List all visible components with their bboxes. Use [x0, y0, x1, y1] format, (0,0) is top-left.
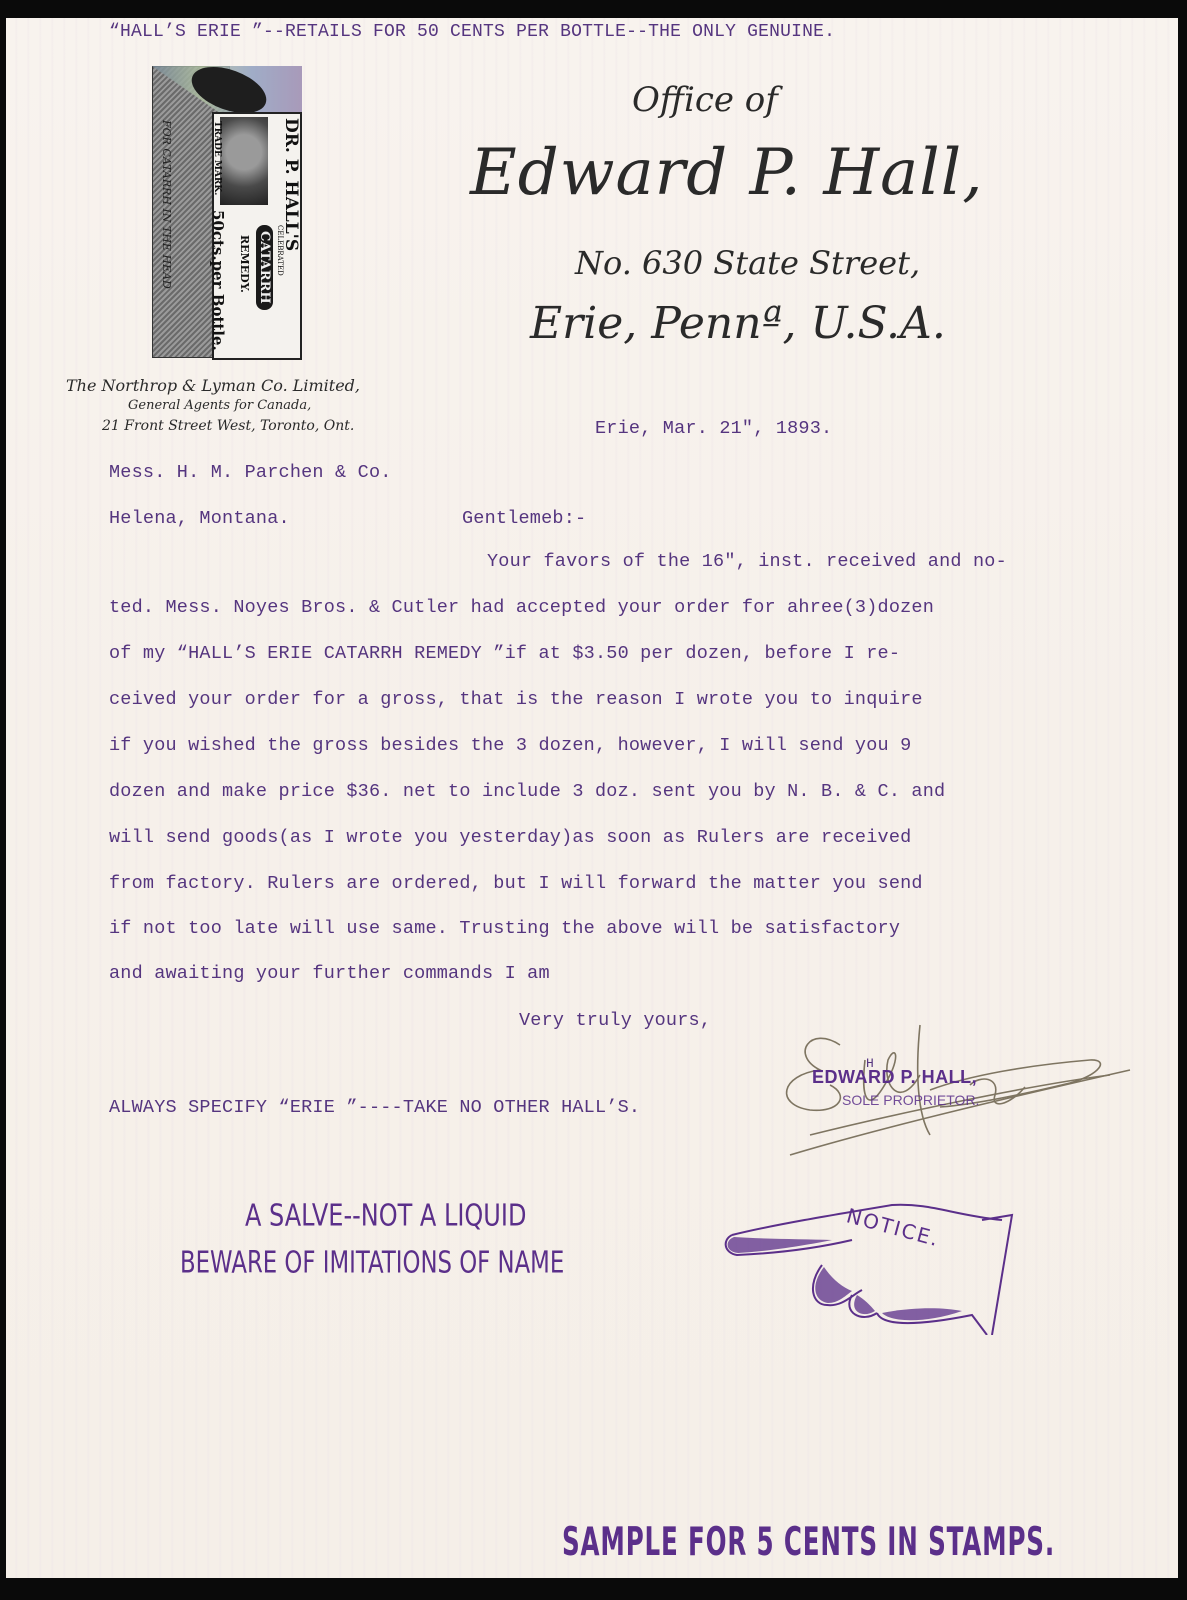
- canada-agent-line-1: The Northrop & Lyman Co. Limited,: [66, 376, 360, 395]
- body-line: ted. Mess. Noyes Bros. & Cutler had acce…: [109, 597, 934, 618]
- office-of: Office of: [632, 80, 778, 120]
- top-banner: “HALL’S ERIE ”--RETAILS FOR 50 CENTS PER…: [109, 22, 835, 42]
- body-line: dozen and make price $36. net to include…: [109, 781, 945, 802]
- salve-stamp-line-1: A SALVE--NOT A LIQUID: [245, 1198, 526, 1233]
- body-line: if you wished the gross besides the 3 do…: [109, 735, 911, 756]
- date-line: Erie, Mar. 21", 1893.: [595, 418, 832, 439]
- price-label: 50cts.per Bottle.: [209, 210, 227, 351]
- signature-title: SOLE PROPRIETOR.: [842, 1092, 979, 1108]
- letterhead-name: Edward P. Hall,: [470, 136, 984, 210]
- body-line: from factory. Rulers are ordered, but I …: [109, 873, 923, 894]
- body-line: Your favors of the 16", inst. received a…: [487, 551, 1007, 572]
- body-line: of my “HALL’S ERIE CATARRH REMEDY ”if at…: [109, 643, 900, 664]
- portrait-image: [220, 117, 268, 205]
- catarrh-label: CATARRH: [256, 225, 273, 310]
- recipient-name: Mess. H. M. Parchen & Co.: [109, 462, 392, 483]
- body-line: ceived your order for a gross, that is t…: [109, 689, 923, 710]
- notice-hand-stamp: NOTICE.: [712, 1195, 1022, 1335]
- remedy-label: REMEDY.: [238, 235, 251, 293]
- canada-agent-line-3: 21 Front Street West, Toronto, Ont.: [102, 418, 354, 434]
- closing: Very truly yours,: [519, 1010, 711, 1031]
- body-line: if not too late will use same. Trusting …: [109, 918, 900, 939]
- body-line: and awaiting your further commands I am: [109, 963, 550, 984]
- canada-agent-line-2: General Agents for Canada,: [128, 398, 311, 413]
- recipient-location: Helena, Montana.: [109, 508, 290, 529]
- brand-label: DR. P. HALL'S: [281, 118, 301, 251]
- sample-stamp: SAMPLE FOR 5 CENTS IN STAMPS.: [562, 1520, 1055, 1566]
- handwritten-signature-icon: [770, 1015, 1150, 1165]
- letterhead-street: No. 630 State Street,: [575, 244, 920, 282]
- always-specify-note: ALWAYS SPECIFY “ERIE ”----TAKE NO OTHER …: [109, 1097, 640, 1118]
- signature-name: EDWARD P. HALL,: [812, 1067, 977, 1088]
- salve-stamp-line-2: BEWARE OF IMITATIONS OF NAME: [180, 1245, 564, 1280]
- salutation: Gentlemeb:-: [462, 508, 586, 529]
- body-line: will send goods(as I wrote you yesterday…: [109, 827, 911, 848]
- signature: H EDWARD P. HALL, SOLE PROPRIETOR.: [770, 1015, 1150, 1165]
- letterhead-city: Erie, Pennª, U.S.A.: [530, 298, 946, 349]
- product-box-side-text: FOR CATARRH IN THE HEAD: [160, 120, 173, 289]
- trade-mark-label: TRADE MARK.: [212, 121, 222, 195]
